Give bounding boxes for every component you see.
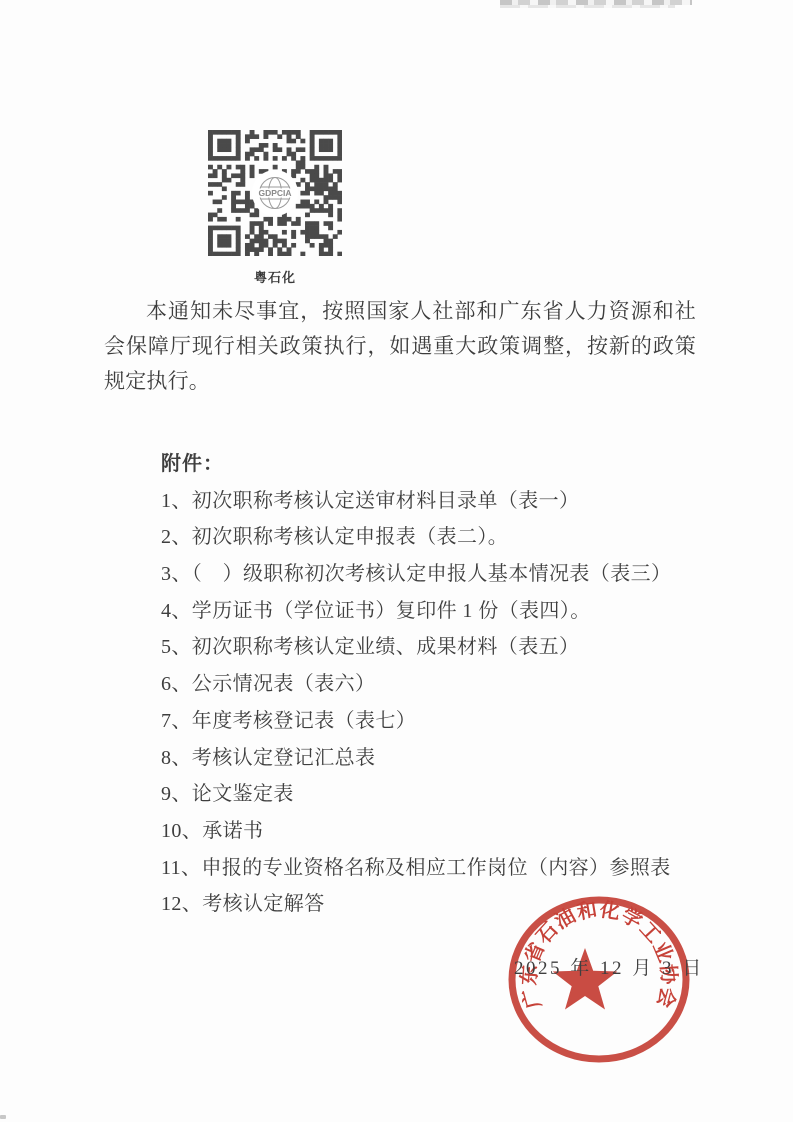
notice-paragraph: 本通知未尽事宜，按照国家人社部和广东省人力资源和社会保障厅现行相关政策执行，如遇…	[104, 294, 696, 398]
attachment-item-10: 10、承诺书	[161, 813, 731, 850]
attachments-heading: 附件：	[161, 446, 731, 483]
attachment-item-2: 2、初次职称考核认定申报表（表二）。	[161, 519, 731, 556]
attachment-item-9: 9、论文鉴定表	[161, 776, 731, 813]
attachment-item-7: 7、年度考核登记表（表七）	[161, 703, 731, 740]
qr-logo-text: GDPCIA	[258, 188, 291, 198]
official-seal-stamp: 广东省石油和化学工业协会	[505, 893, 695, 1069]
scan-artifact-speck	[0, 1115, 6, 1119]
attachment-item-3: 3、（ ）级职称初次考核认定申报人基本情况表（表三）	[161, 556, 731, 593]
attachment-item-11: 11、申报的专业资格名称及相应工作岗位（内容）参照表	[161, 850, 731, 887]
qr-matrix: GDPCIA	[208, 130, 342, 256]
attachment-item-4: 4、学历证书（学位证书）复印件 1 份（表四）。	[161, 593, 731, 630]
qr-code: GDPCIA	[208, 130, 342, 256]
scan-artifact-top-edge-2	[500, 5, 675, 8]
attachment-item-5: 5、初次职称考核认定业绩、成果材料（表五）	[161, 629, 731, 666]
attachment-item-1: 1、初次职称考核认定送审材料目录单（表一）	[161, 483, 731, 520]
scanned-document-page: GDPCIA 粤石化 本通知未尽事宜，按照国家人社部和广东省人力资源和社会保障厅…	[0, 0, 793, 1122]
issue-date: 2025 年 12 月 3 日	[514, 953, 714, 980]
attachments-list: 附件： 1、初次职称考核认定送审材料目录单（表一） 2、初次职称考核认定申报表（…	[161, 446, 731, 923]
attachment-item-8: 8、考核认定登记汇总表	[161, 740, 731, 777]
qr-caption: 粤石化	[208, 267, 342, 286]
attachment-item-6: 6、公示情况表（表六）	[161, 666, 731, 703]
